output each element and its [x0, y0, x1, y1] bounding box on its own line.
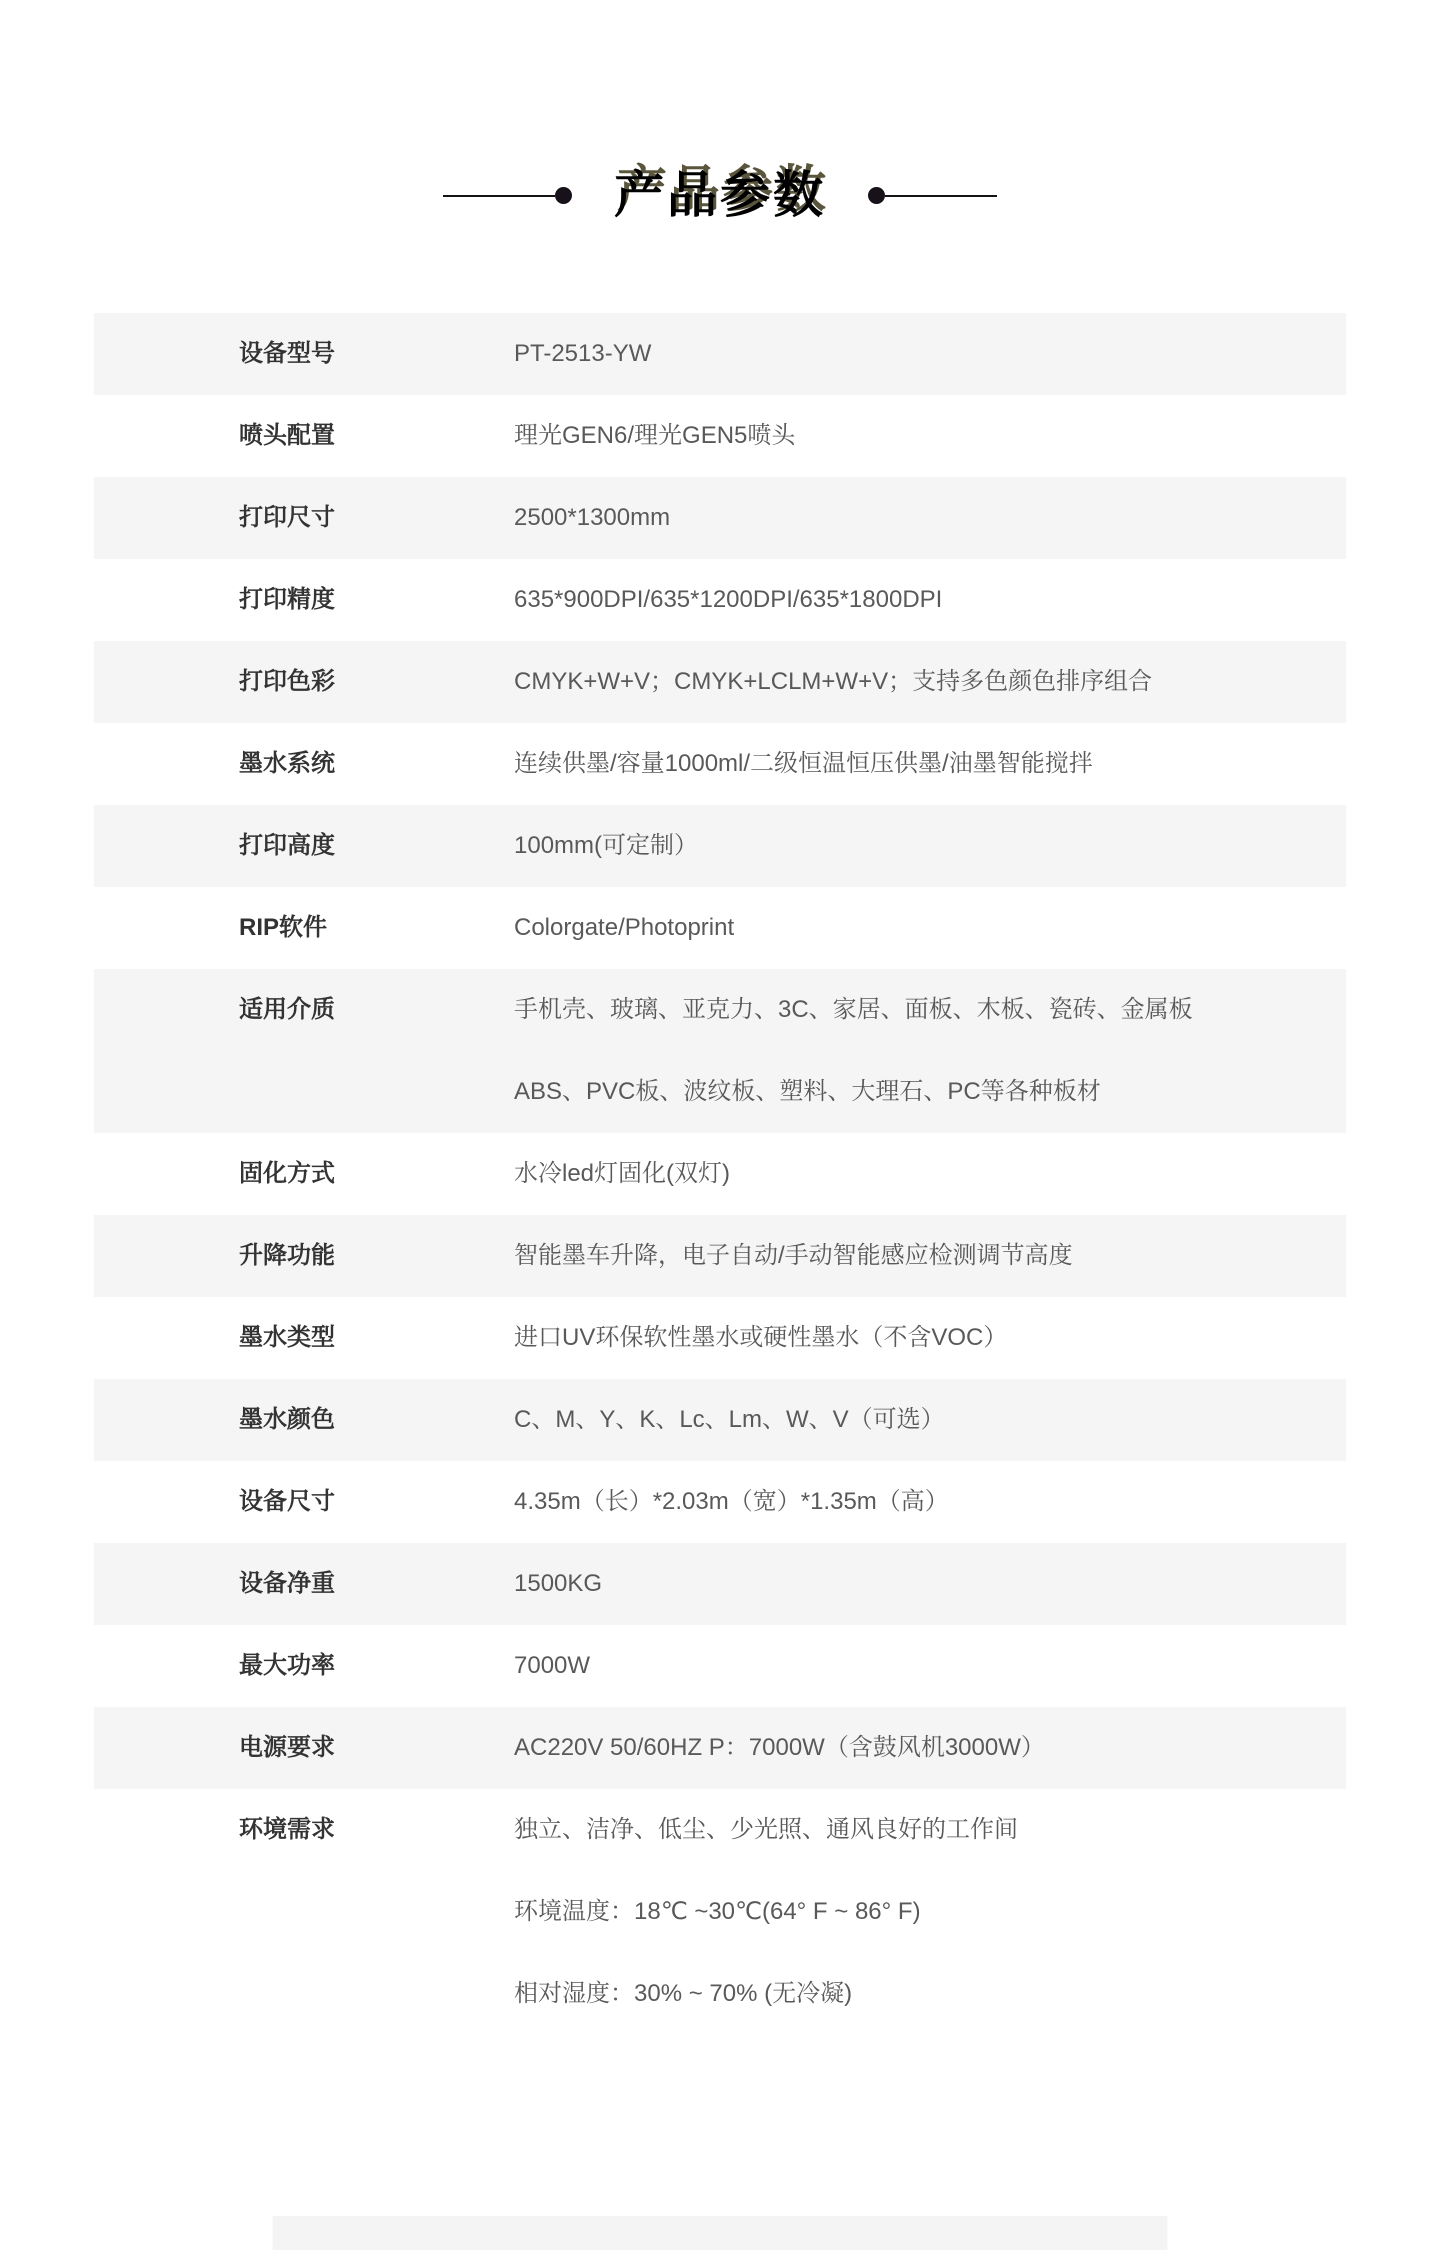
spec-value: PT-2513-YW — [514, 313, 1346, 395]
spec-value-line: 635*900DPI/635*1200DPI/635*1800DPI — [514, 559, 1316, 641]
spec-value: 连续供墨/容量1000ml/二级恒温恒压供墨/油墨智能搅拌 — [514, 723, 1346, 805]
spec-row: 墨水颜色C、M、Y、K、Lc、Lm、W、V（可选） — [94, 1379, 1346, 1461]
spec-value: 4.35m（长）*2.03m（宽）*1.35m（高） — [514, 1461, 1346, 1543]
spec-label: 墨水颜色 — [239, 1379, 514, 1461]
spec-value: Colorgate/Photoprint — [514, 887, 1346, 969]
spec-label: 墨水类型 — [239, 1297, 514, 1379]
spec-value-line: 手机壳、玻璃、亚克力、3C、家居、面板、木板、瓷砖、金属板 — [514, 969, 1316, 1051]
spec-value-line: 环境温度：18℃ ~30℃(64° F ~ 86° F) — [514, 1871, 1316, 1953]
title-left-decoration — [443, 187, 572, 204]
spec-label: 适用介质 — [239, 969, 514, 1051]
spec-value-line: 进口UV环保软性墨水或硬性墨水（不含VOC） — [514, 1297, 1316, 1379]
spec-value-line: CMYK+W+V；CMYK+LCLM+W+V；支持多色颜色排序组合 — [514, 641, 1316, 723]
spec-value-line: 1500KG — [514, 1543, 1316, 1625]
spec-value-line: 4.35m（长）*2.03m（宽）*1.35m（高） — [514, 1461, 1316, 1543]
spec-value-line: 智能墨车升降，电子自动/手动智能感应检测调节高度 — [514, 1215, 1316, 1297]
spec-label: 墨水系统 — [239, 723, 514, 805]
spec-row: RIP软件Colorgate/Photoprint — [94, 887, 1346, 969]
spec-value: AC220V 50/60HZ P：7000W（含鼓风机3000W） — [514, 1707, 1346, 1789]
spec-value-line: 连续供墨/容量1000ml/二级恒温恒压供墨/油墨智能搅拌 — [514, 723, 1316, 805]
spec-label: 打印尺寸 — [239, 477, 514, 559]
spec-value: 1500KG — [514, 1543, 1346, 1625]
left-line — [443, 195, 555, 197]
spec-value-line: 2500*1300mm — [514, 477, 1316, 559]
spec-row: 墨水类型进口UV环保软性墨水或硬性墨水（不含VOC） — [94, 1297, 1346, 1379]
page-title: 产品参数 — [614, 168, 826, 223]
spec-value: 手机壳、玻璃、亚克力、3C、家居、面板、木板、瓷砖、金属板ABS、PVC板、波纹… — [514, 969, 1346, 1133]
spec-value-line: 独立、洁净、低尘、少光照、通风良好的工作间 — [514, 1789, 1316, 1871]
spec-label: 打印高度 — [239, 805, 514, 887]
spec-row: 设备尺寸4.35m（长）*2.03m（宽）*1.35m（高） — [94, 1461, 1346, 1543]
spec-value-line: 7000W — [514, 1625, 1316, 1707]
spec-row: 电源要求AC220V 50/60HZ P：7000W（含鼓风机3000W） — [94, 1707, 1346, 1789]
spec-value-line: 理光GEN6/理光GEN5喷头 — [514, 395, 1316, 477]
section-title-block: 产品参数 — [0, 168, 1440, 223]
spec-label: 升降功能 — [239, 1215, 514, 1297]
spec-value-line: Colorgate/Photoprint — [514, 887, 1316, 969]
spec-label: 环境需求 — [239, 1789, 514, 1871]
spec-row: 喷头配置理光GEN6/理光GEN5喷头 — [94, 395, 1346, 477]
spec-value-line: PT-2513-YW — [514, 313, 1316, 395]
spec-row: 打印精度635*900DPI/635*1200DPI/635*1800DPI — [94, 559, 1346, 641]
spec-value: 智能墨车升降，电子自动/手动智能感应检测调节高度 — [514, 1215, 1346, 1297]
next-section-strip — [273, 2216, 1168, 2250]
spec-label: 设备型号 — [239, 313, 514, 395]
spec-label: 喷头配置 — [239, 395, 514, 477]
spec-table: 设备型号PT-2513-YW喷头配置理光GEN6/理光GEN5喷头打印尺寸250… — [94, 313, 1346, 2035]
spec-row: 固化方式水冷led灯固化(双灯) — [94, 1133, 1346, 1215]
spec-value: 进口UV环保软性墨水或硬性墨水（不含VOC） — [514, 1297, 1346, 1379]
spec-row: 设备型号PT-2513-YW — [94, 313, 1346, 395]
spec-row: 环境需求独立、洁净、低尘、少光照、通风良好的工作间环境温度：18℃ ~30℃(6… — [94, 1789, 1346, 2035]
spec-value-line: 100mm(可定制） — [514, 805, 1316, 887]
spec-row: 适用介质手机壳、玻璃、亚克力、3C、家居、面板、木板、瓷砖、金属板ABS、PVC… — [94, 969, 1346, 1133]
spec-value: 2500*1300mm — [514, 477, 1346, 559]
spec-value: 100mm(可定制） — [514, 805, 1346, 887]
title-right-decoration — [868, 187, 997, 204]
right-dot-icon — [868, 187, 885, 204]
spec-value: C、M、Y、K、Lc、Lm、W、V（可选） — [514, 1379, 1346, 1461]
spec-value: CMYK+W+V；CMYK+LCLM+W+V；支持多色颜色排序组合 — [514, 641, 1346, 723]
spec-label: 固化方式 — [239, 1133, 514, 1215]
spec-value-line: ABS、PVC板、波纹板、塑料、大理石、PC等各种板材 — [514, 1051, 1316, 1133]
spec-label: 电源要求 — [239, 1707, 514, 1789]
spec-label: 最大功率 — [239, 1625, 514, 1707]
spec-row: 设备净重1500KG — [94, 1543, 1346, 1625]
spec-label: 打印精度 — [239, 559, 514, 641]
spec-value: 独立、洁净、低尘、少光照、通风良好的工作间环境温度：18℃ ~30℃(64° F… — [514, 1789, 1346, 2035]
spec-label: 设备净重 — [239, 1543, 514, 1625]
spec-row: 打印尺寸2500*1300mm — [94, 477, 1346, 559]
spec-row: 升降功能智能墨车升降，电子自动/手动智能感应检测调节高度 — [94, 1215, 1346, 1297]
spec-value: 水冷led灯固化(双灯) — [514, 1133, 1346, 1215]
spec-row: 墨水系统连续供墨/容量1000ml/二级恒温恒压供墨/油墨智能搅拌 — [94, 723, 1346, 805]
spec-value-line: 相对湿度：30% ~ 70% (无冷凝) — [514, 1953, 1316, 2035]
spec-value: 635*900DPI/635*1200DPI/635*1800DPI — [514, 559, 1346, 641]
spec-value-line: 水冷led灯固化(双灯) — [514, 1133, 1316, 1215]
spec-row: 打印高度100mm(可定制） — [94, 805, 1346, 887]
spec-row: 打印色彩CMYK+W+V；CMYK+LCLM+W+V；支持多色颜色排序组合 — [94, 641, 1346, 723]
spec-value: 7000W — [514, 1625, 1346, 1707]
spec-label: 打印色彩 — [239, 641, 514, 723]
spec-row: 最大功率7000W — [94, 1625, 1346, 1707]
product-parameters-page: { "page": { "title": "产品参数" }, "colors":… — [0, 0, 1440, 2250]
spec-value-line: AC220V 50/60HZ P：7000W（含鼓风机3000W） — [514, 1707, 1316, 1789]
spec-label: 设备尺寸 — [239, 1461, 514, 1543]
spec-value-line: C、M、Y、K、Lc、Lm、W、V（可选） — [514, 1379, 1316, 1461]
right-line — [885, 195, 997, 197]
left-dot-icon — [555, 187, 572, 204]
spec-label: RIP软件 — [239, 887, 514, 969]
spec-value: 理光GEN6/理光GEN5喷头 — [514, 395, 1346, 477]
